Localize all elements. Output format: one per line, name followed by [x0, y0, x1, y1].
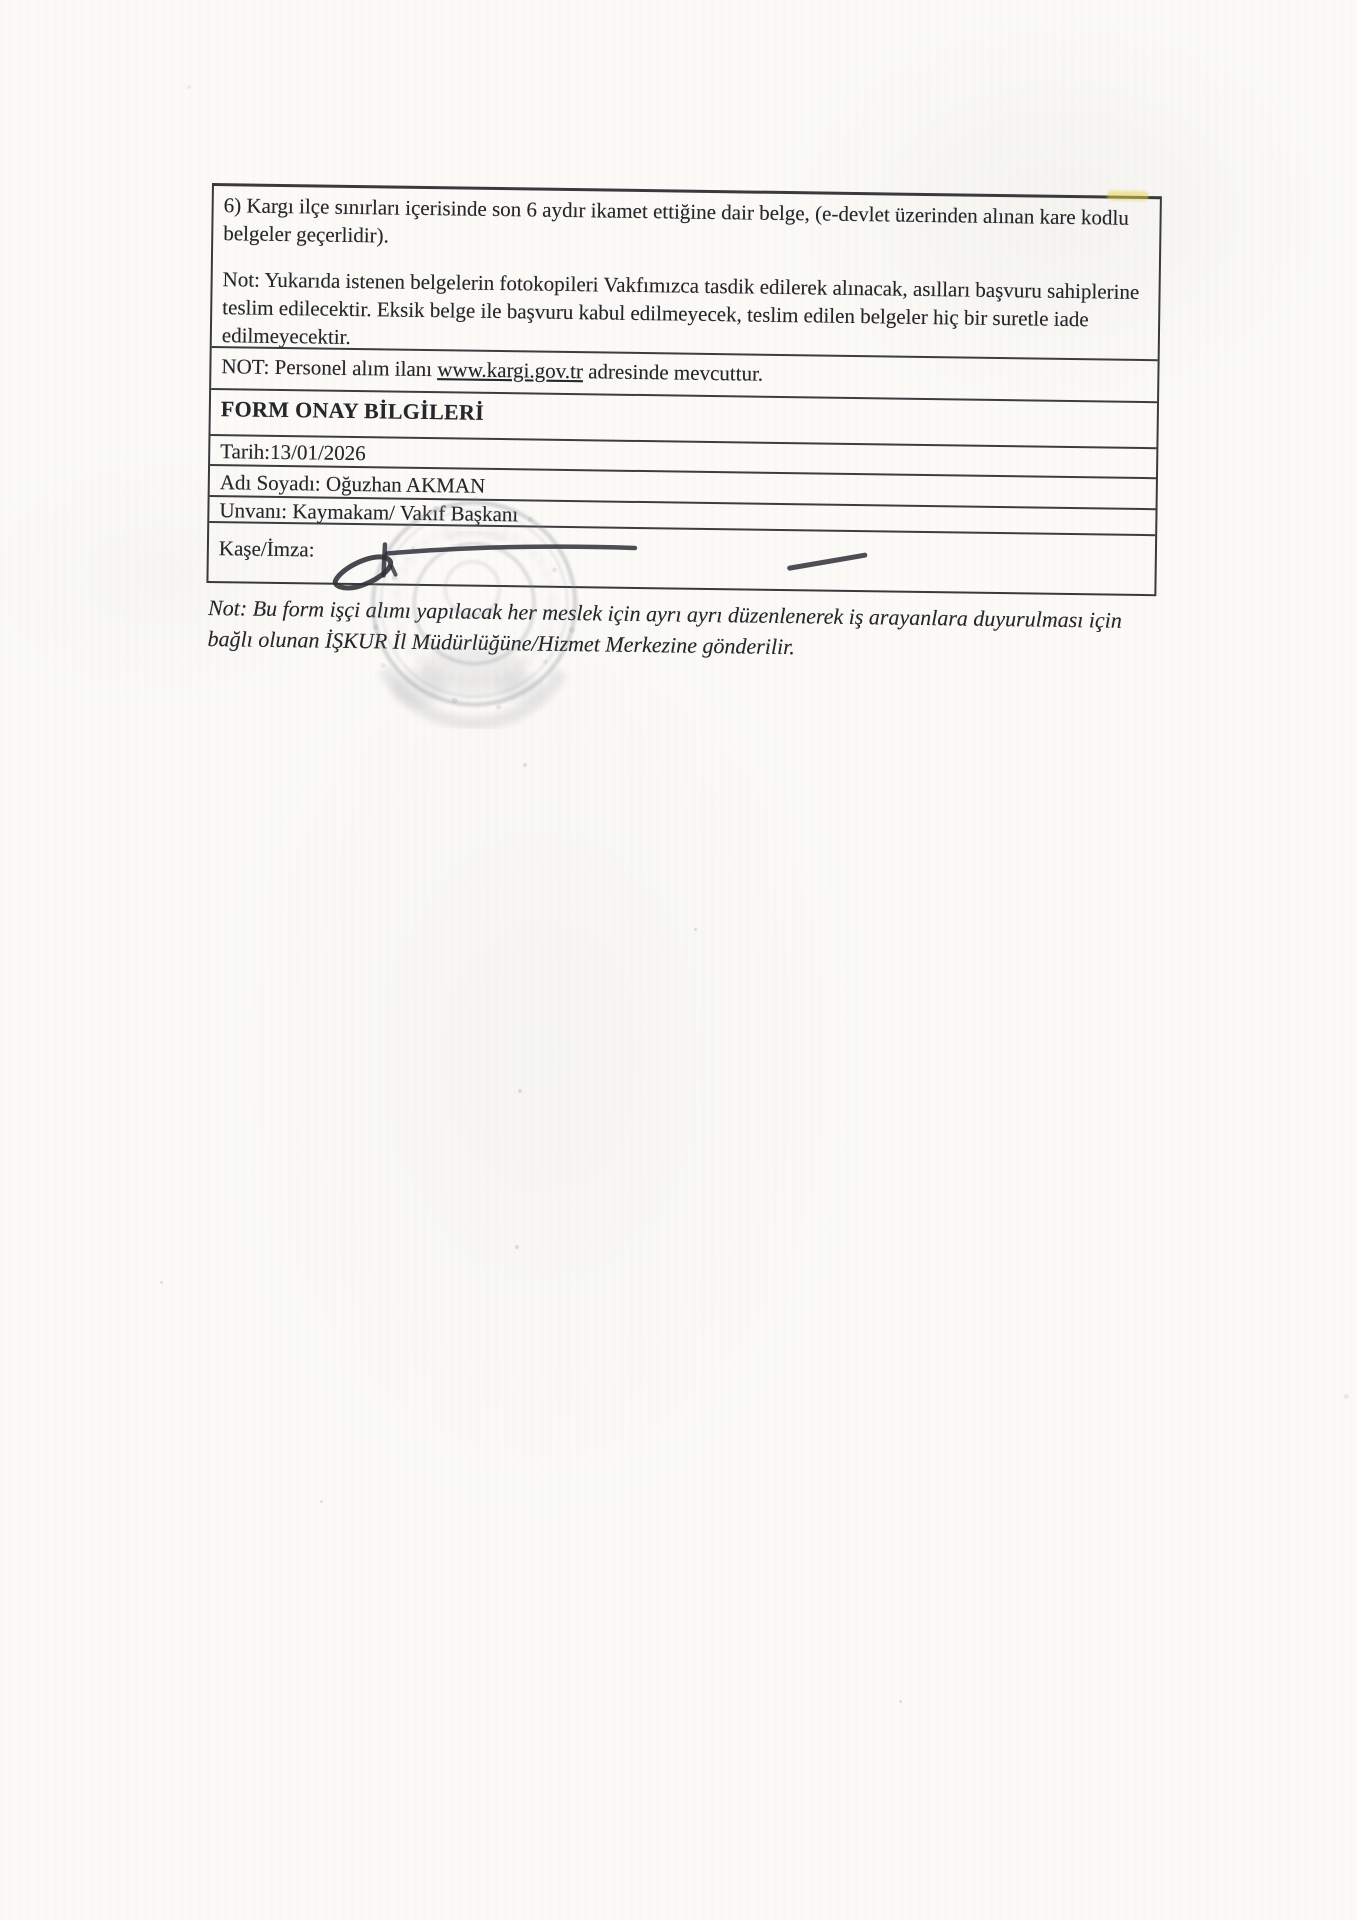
stamp-signature-label: Kaşe/İmza: — [219, 536, 315, 561]
scan-speck — [523, 763, 527, 767]
photocopy-note: Not: Yukarıda istenen belgelerin fotokop… — [222, 265, 1149, 361]
approval-date: Tarih:13/01/2026 — [220, 439, 366, 465]
scanned-page: { "colors": { "paper": "#fbfaf7", "ink":… — [0, 0, 1357, 1920]
scan-speck — [320, 1500, 323, 1503]
announcement-note-suffix: adresinde mevcuttur. — [583, 359, 764, 386]
scan-speck — [518, 1089, 522, 1093]
scan-speck — [899, 1700, 902, 1703]
footer-note: Not: Bu form işçi alımı yapılacak her me… — [205, 592, 1168, 667]
approval-title: Unvanı: Kaymakam/ Vakıf Başkanı — [219, 498, 518, 526]
scan-speck — [694, 928, 697, 931]
announcement-url: www.kargi.gov.tr — [437, 357, 583, 383]
requirement-item-6: 6) Kargı ilçe sınırları içerisinde son 6… — [223, 191, 1150, 260]
approval-header: FORM ONAY BİLGİLERİ — [221, 396, 485, 425]
required-documents-cell: 6) Kargı ilçe sınırları içerisinde son 6… — [212, 186, 1160, 361]
form-table: 6) Kargı ilçe sınırları içerisinde son 6… — [206, 183, 1161, 596]
scan-speck — [160, 1281, 163, 1284]
approval-name: Adı Soyadı: Oğuzhan AKMAN — [220, 470, 486, 498]
scan-speck — [187, 85, 191, 89]
stamp-signature-row: Kaşe/İmza: — [208, 523, 1155, 594]
announcement-note-prefix: NOT: Personel alım ilanı — [221, 354, 437, 381]
scan-speck — [1344, 1394, 1349, 1399]
scan-speck — [515, 1245, 519, 1249]
highlight-smudge — [1107, 190, 1149, 201]
form-document: 6) Kargı ilçe sınırları içerisinde son 6… — [205, 183, 1161, 667]
